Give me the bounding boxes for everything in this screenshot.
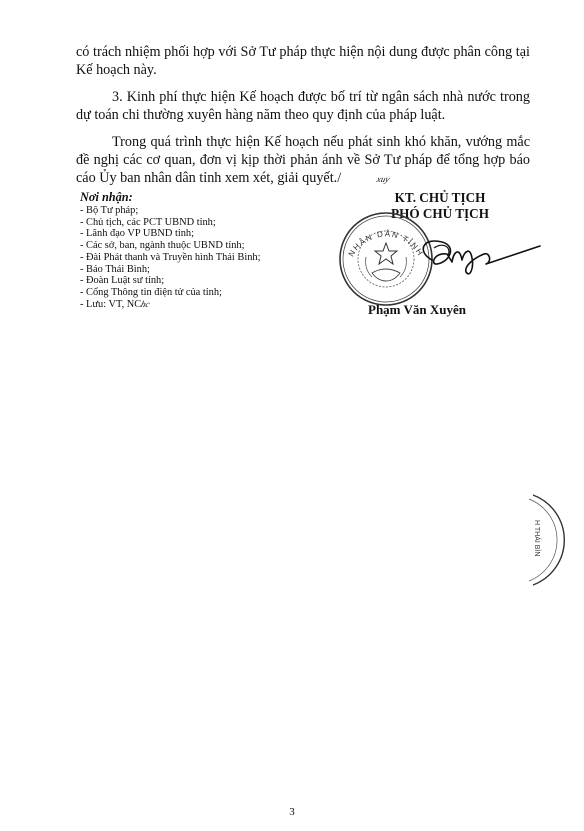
recipient-item: - Đài Phát thanh và Truyền hình Thái Bìn… [80,252,330,264]
svg-text:H THÁI BÌN: H THÁI BÌN [533,520,542,556]
paragraph-closing: Trong quá trình thực hiện Kế hoạch nếu p… [76,133,530,188]
paragraph-closing-text: Trong quá trình thực hiện Kế hoạch nếu p… [76,134,530,186]
recipients-title: Nơi nhận: [80,191,330,204]
recipient-item: - Báo Thái Bình; [80,264,330,276]
paragraph-continuation: có trách nhiệm phối hợp với Sở Tư pháp t… [76,43,530,79]
recipient-item: - Cổng Thông tin điện tử của tỉnh; [80,287,330,299]
recipient-item: - Chủ tịch, các PCT UBND tỉnh; [80,217,330,229]
recipient-item: - Lãnh đạo VP UBND tỉnh; [80,228,330,240]
page-number: 3 [0,806,584,818]
recipient-item-text: - Lưu: VT, NC [80,299,141,310]
recipient-item: - Đoàn Luật sư tỉnh; [80,275,330,287]
signature-title-line1: KT. CHỦ TỊCH [340,190,540,206]
handwritten-signature-icon [412,232,542,282]
recipient-item: - Bộ Tư pháp; [80,205,330,217]
signer-name: Phạm Văn Xuyên [368,302,466,318]
recipients-list: Nơi nhận: - Bộ Tư pháp; - Chủ tịch, các … [80,191,330,310]
recipient-item: - Các sở, ban, ngành thuộc UBND tỉnh; [80,240,330,252]
handwritten-initials: xuy [339,170,392,188]
recipient-item: - Lưu: VT, NChc [80,299,330,311]
margin-seal-icon: H THÁI BÌN [525,490,565,590]
handwritten-initials: hc [140,299,152,311]
paragraph-funding: 3. Kinh phí thực hiện Kế hoạch được bố t… [76,88,530,124]
